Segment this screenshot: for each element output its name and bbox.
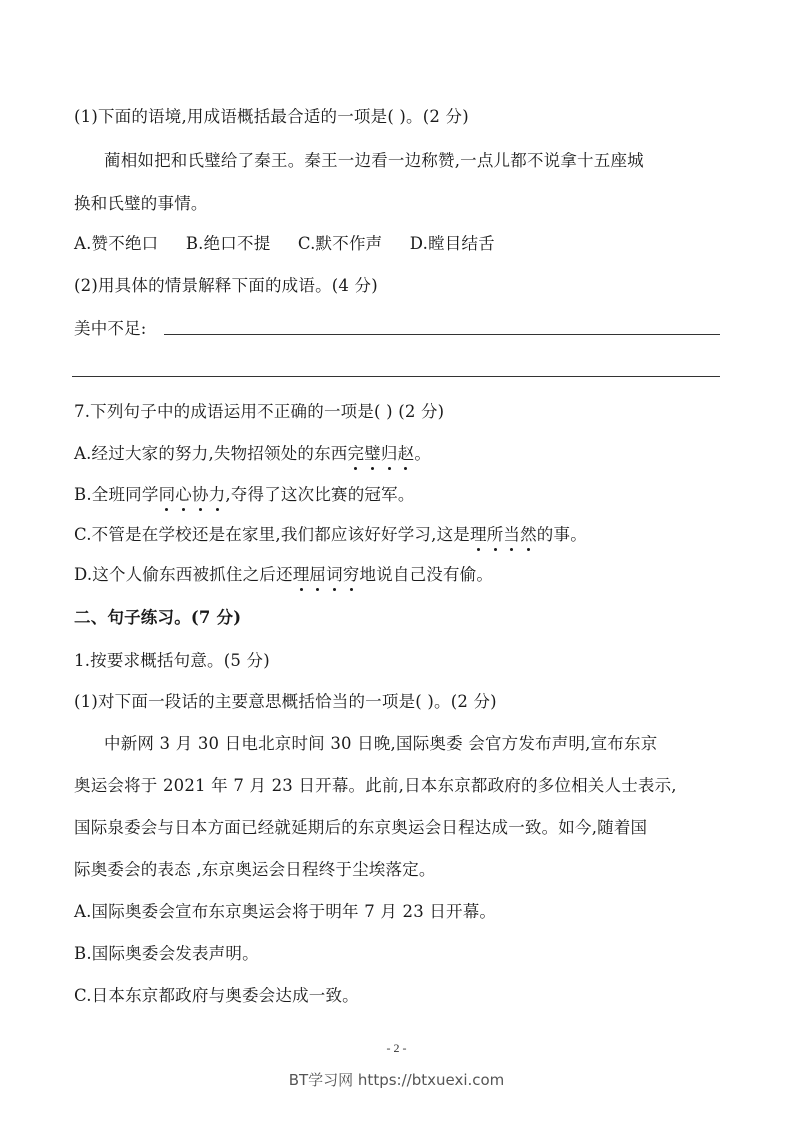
q6-option-b[interactable]: B.绝口不提 bbox=[186, 233, 271, 255]
emphasized-char: 璧 bbox=[364, 443, 381, 465]
s2-passage-line-3: 国际泉委会与日本方面已经就延期后的东京奥运会日程达成一致。如今,随着国 bbox=[74, 817, 647, 839]
s2-passage-line-1: 中新网 3 月 30 日电北京时间 30 日晚,国际奥委 会官方发布声明,宣布东… bbox=[104, 733, 657, 755]
option-text: 地说自己没有偷。 bbox=[360, 565, 494, 584]
option-text: 的事。 bbox=[537, 525, 587, 544]
option-text: ,夺得了这次比赛的冠军。 bbox=[225, 485, 414, 504]
q7-option-b[interactable]: B.全班同学同心协力,夺得了这次比赛的冠军。 bbox=[74, 484, 415, 506]
q6-option-a[interactable]: A.赞不绝口 bbox=[74, 233, 158, 255]
q7-option-a[interactable]: A.经过大家的努力,失物招领处的东西完璧归赵。 bbox=[74, 443, 431, 465]
emphasized-char: 心 bbox=[175, 484, 192, 506]
s2-option-a[interactable]: A.国际奥委会宣布东京奥运会将于明年 7 月 23 日开幕。 bbox=[74, 901, 496, 923]
idiom-label: 美中不足: bbox=[74, 318, 147, 340]
emphasized-char: 词 bbox=[326, 564, 343, 586]
emphasized-char: 屈 bbox=[309, 564, 326, 586]
s2-q1-title: 1.按要求概括句意。(5 分) bbox=[74, 650, 270, 672]
q7-option-c[interactable]: C.不管是在学校还是在家里,我们都应该好好学习,这是理所当然的事。 bbox=[74, 524, 587, 546]
q6-sub1-prompt: (1)下面的语境,用成语概括最合适的一项是( )。(2 分) bbox=[74, 106, 469, 128]
q6-option-c[interactable]: C.默不作声 bbox=[298, 233, 382, 255]
q6-sub2-prompt: (2)用具体的情景解释下面的成语。(4 分) bbox=[74, 275, 378, 297]
emphasized-char: 所 bbox=[487, 524, 504, 546]
emphasized-char: 当 bbox=[503, 524, 520, 546]
s2-passage-line-2: 奥运会将于 2021 年 7 月 23 日开幕。此前,日本东京都政府的多位相关人… bbox=[74, 775, 677, 797]
s2-option-b[interactable]: B.国际奥委会发表声明。 bbox=[74, 943, 259, 965]
emphasized-char: 然 bbox=[520, 524, 537, 546]
emphasized-char: 理 bbox=[293, 564, 310, 586]
q6-option-d[interactable]: D.瞠目结舌 bbox=[410, 233, 495, 255]
emphasized-char: 穷 bbox=[343, 564, 360, 586]
q6-options: A.赞不绝口 B.绝口不提 C.默不作声 D.瞠目结舌 bbox=[74, 233, 495, 255]
option-text: 。 bbox=[414, 444, 431, 463]
emphasized-char: 同 bbox=[159, 484, 176, 506]
emphasized-char: 力 bbox=[209, 484, 226, 506]
s2-option-c[interactable]: C.日本东京都政府与奥委会达成一致。 bbox=[74, 985, 359, 1007]
q6-passage-line-2: 换和氏璧的事情。 bbox=[74, 193, 208, 215]
option-text: C.不管是在学校还是在家里,我们都应该好好学习,这是 bbox=[74, 525, 470, 544]
answer-line-2[interactable] bbox=[72, 376, 720, 377]
emphasized-char: 赵 bbox=[398, 443, 415, 465]
option-text: A.经过大家的努力,失物招领处的东西 bbox=[74, 444, 348, 463]
q7-option-d[interactable]: D.这个人偷东西被抓住之后还理屈词穷地说自己没有偷。 bbox=[74, 564, 493, 586]
s2-passage-line-4: 际奥委会的表态 ,东京奥运会日程终于尘埃落定。 bbox=[74, 859, 436, 881]
emphasized-char: 协 bbox=[192, 484, 209, 506]
section-2-heading: 二、句子练习。(7 分) bbox=[74, 607, 241, 629]
q7-prompt: 7.下列句子中的成语运用不正确的一项是( ) (2 分) bbox=[74, 401, 444, 423]
footer-watermark: BT学习网 https://btxuexi.com bbox=[0, 1069, 793, 1090]
s2-q1-sub1-prompt: (1)对下面一段话的主要意思概括恰当的一项是( )。(2 分) bbox=[74, 691, 497, 713]
emphasized-char: 归 bbox=[381, 443, 398, 465]
q6-passage-line-1: 蔺相如把和氏璧给了秦王。秦王一边看一边称赞,一点儿都不说拿十五座城 bbox=[104, 150, 644, 172]
option-text: B.全班同学 bbox=[74, 485, 159, 504]
page-number: - 2 - bbox=[0, 1041, 793, 1056]
option-text: D.这个人偷东西被抓住之后还 bbox=[74, 565, 293, 584]
emphasized-char: 理 bbox=[470, 524, 487, 546]
answer-line-1[interactable] bbox=[164, 334, 720, 335]
emphasized-char: 完 bbox=[348, 443, 365, 465]
